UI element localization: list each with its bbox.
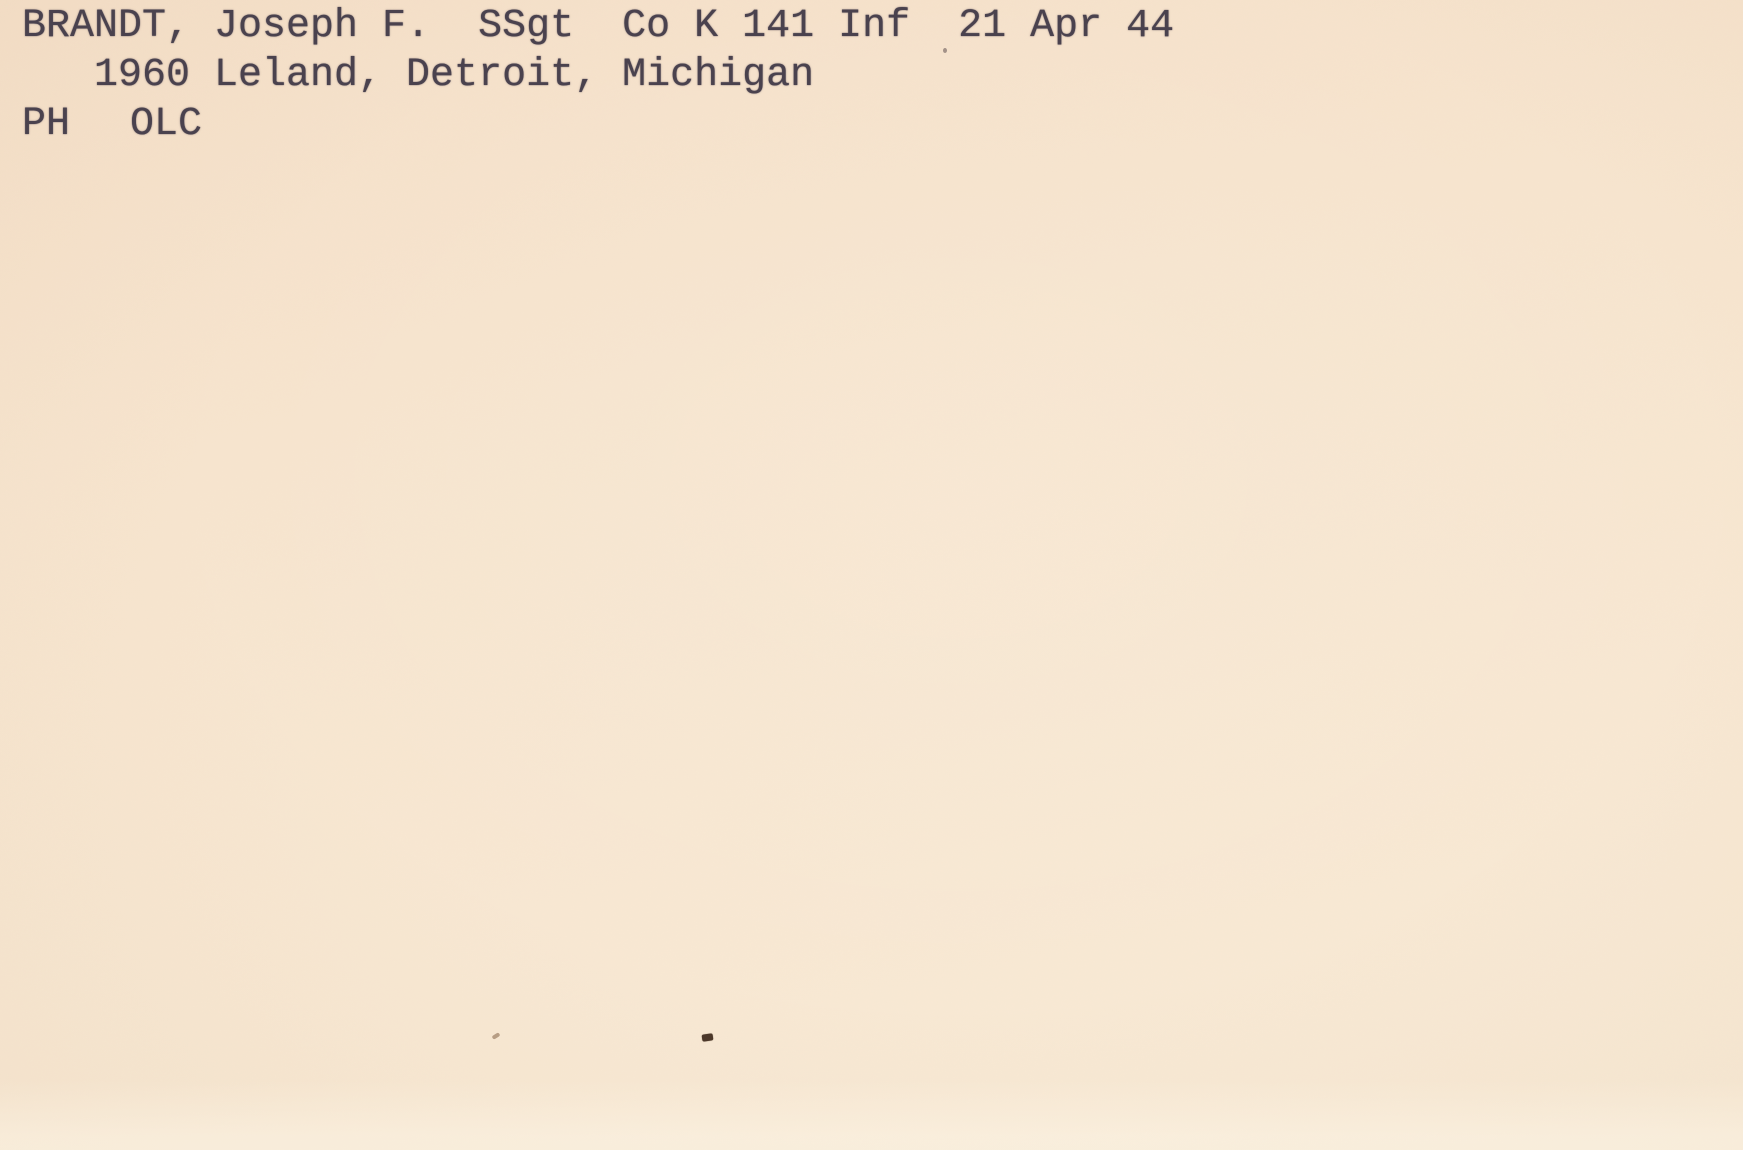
card-line-identity: BRANDT, Joseph F. SSgt Co K 141 Inf 21 A… xyxy=(22,2,1723,51)
index-card: BRANDT, Joseph F. SSgt Co K 141 Inf 21 A… xyxy=(0,0,1743,1150)
soldier-name: BRANDT, Joseph F. xyxy=(22,2,430,51)
soldier-rank: SSgt xyxy=(478,2,574,51)
award-purple-heart: PH xyxy=(22,100,70,149)
paper-texture xyxy=(0,0,1743,1150)
home-address: 1960 Leland, Detroit, Michigan xyxy=(94,51,814,100)
casualty-date: 21 Apr 44 xyxy=(958,2,1174,51)
paper-speck xyxy=(492,1032,501,1040)
typewritten-text-block: BRANDT, Joseph F. SSgt Co K 141 Inf 21 A… xyxy=(22,2,1723,149)
soldier-unit: Co K 141 Inf xyxy=(622,2,910,51)
ink-speck xyxy=(702,1033,714,1041)
card-line-address: 1960 Leland, Detroit, Michigan xyxy=(94,51,1723,100)
award-oak-leaf-cluster: OLC xyxy=(130,100,202,149)
card-line-awards: PH OLC xyxy=(22,100,1723,149)
